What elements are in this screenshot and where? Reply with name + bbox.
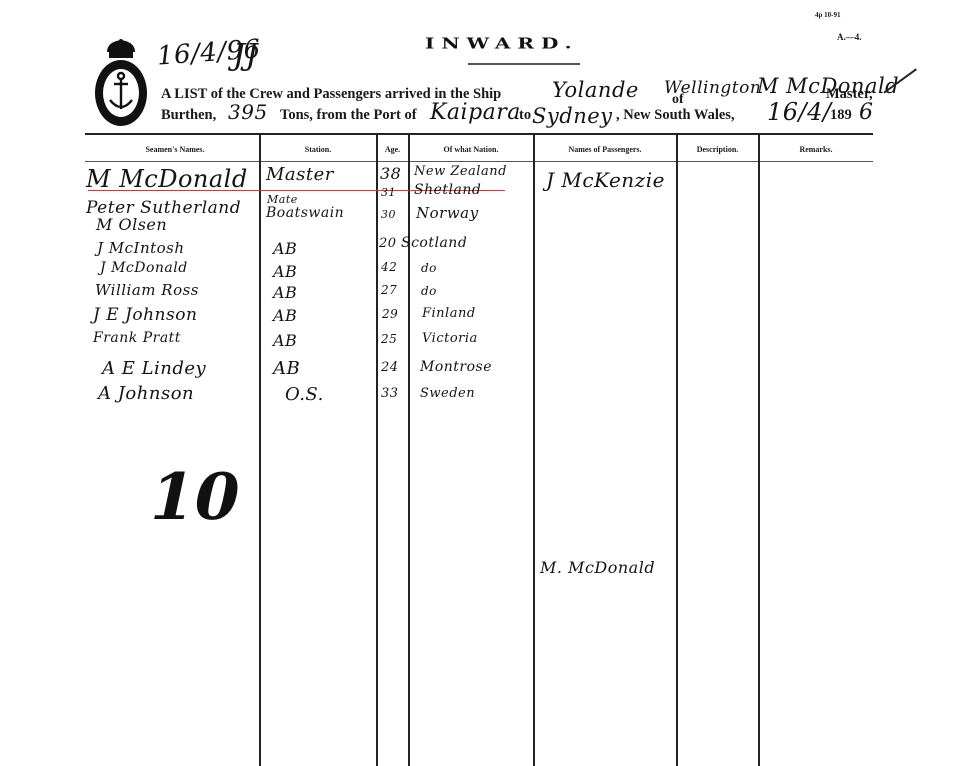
- seaman-nation: Shetland: [414, 182, 481, 198]
- form-code: A.—4.: [837, 32, 862, 42]
- column-divider: [376, 134, 378, 766]
- column-divider: [533, 134, 535, 766]
- seaman-age: 42: [381, 260, 397, 274]
- tons-label: Tons, from the Port of: [280, 107, 417, 124]
- seaman-station: AB: [273, 358, 300, 379]
- seaman-station: AB: [273, 262, 297, 281]
- col-remarks: Remarks.: [759, 145, 873, 154]
- column-divider: [408, 134, 410, 766]
- seaman-station: O.S.: [285, 384, 324, 405]
- arrival-date-field: 16/4/: [767, 98, 831, 126]
- seaman-name: A E Lindey: [102, 358, 206, 379]
- seaman-age: 20: [379, 236, 397, 251]
- seaman-age: 29: [382, 307, 398, 321]
- seaman-age: 25: [381, 332, 397, 346]
- seaman-name: Frank Pratt: [93, 330, 181, 346]
- seaman-name: J McDonald: [100, 260, 188, 276]
- column-divider: [758, 134, 760, 766]
- seaman-age: 30: [381, 208, 396, 221]
- seaman-name: A Johnson: [98, 383, 194, 404]
- seaman-age: 31: [381, 186, 396, 199]
- passenger-name: J McKenzie: [546, 168, 665, 192]
- to-port-field: Sydney: [532, 104, 613, 128]
- year-suffix: 6: [859, 100, 874, 125]
- col-description: Description.: [677, 145, 758, 154]
- seaman-age: 33: [381, 386, 399, 401]
- seaman-station: Boatswain: [266, 205, 344, 221]
- col-seamen-names: Seamen's Names.: [110, 145, 240, 154]
- col-station: Station.: [260, 145, 376, 154]
- column-divider: [676, 134, 678, 766]
- master-signature: M. McDonald: [540, 558, 655, 577]
- seaman-name: J E Johnson: [93, 305, 197, 325]
- home-port-field: Wellington: [664, 78, 761, 98]
- seaman-name: William Ross: [95, 281, 199, 299]
- seaman-nation: Norway: [416, 204, 479, 222]
- seaman-name: J McIntosh: [97, 239, 185, 257]
- seaman-age: 38: [380, 164, 401, 183]
- header-rule: [85, 133, 873, 135]
- col-nation: Of what Nation.: [409, 145, 533, 154]
- annotation-initials: JJ: [233, 38, 258, 73]
- seaman-station: AB: [273, 283, 297, 302]
- col-age: Age.: [377, 145, 408, 154]
- seaman-nation: Victoria: [422, 331, 478, 346]
- seaman-station: AB: [273, 331, 297, 350]
- burthen-label: Burthen,: [161, 107, 216, 124]
- column-divider: [259, 134, 261, 766]
- seaman-name: M McDonald: [86, 165, 248, 193]
- year-prefix: 189: [830, 107, 852, 124]
- seaman-nation: Sweden: [420, 386, 475, 401]
- seaman-nation: Montrose: [420, 359, 492, 375]
- from-port-field: Kaipara: [430, 100, 521, 125]
- seaman-nation: do: [421, 261, 437, 275]
- anchor-crown-seal-icon: [93, 38, 149, 128]
- seaman-station: AB: [273, 239, 297, 258]
- seaman-nation: do: [421, 284, 437, 298]
- to-label: to: [519, 107, 531, 124]
- seaman-name: M Olsen: [96, 215, 167, 234]
- seaman-nation: New Zealand: [414, 164, 507, 179]
- seaman-age: 24: [381, 360, 399, 375]
- form-number: 4p 10-91: [815, 11, 840, 19]
- seaman-nation: Finland: [422, 306, 476, 321]
- title-underline: [468, 63, 580, 65]
- ship-name-field: Yolande: [552, 78, 639, 102]
- seaman-nation: Scotland: [401, 235, 467, 251]
- state-label: , New South Wales,: [616, 107, 735, 124]
- document-title: INWARD.: [425, 34, 579, 52]
- column-header-rule: [85, 161, 873, 162]
- margin-note: 10: [142, 460, 247, 535]
- tons-field: 395: [228, 100, 268, 124]
- seaman-station: Master: [266, 164, 334, 185]
- col-passengers: Names of Passengers.: [534, 145, 676, 154]
- seaman-station: AB: [273, 306, 297, 325]
- seaman-age: 27: [381, 283, 397, 297]
